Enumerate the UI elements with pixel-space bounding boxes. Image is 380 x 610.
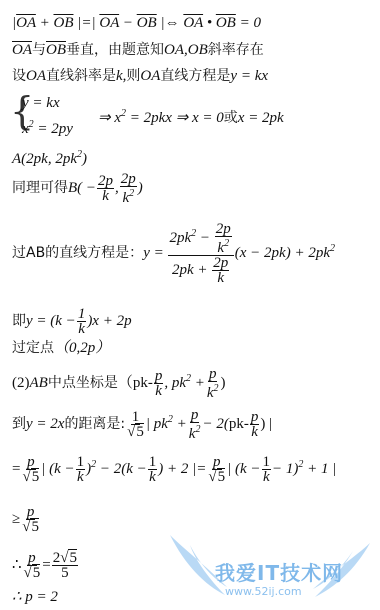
slope-assumption-line: 设OA直线斜率是k,则OA直线方程是y = kx <box>12 67 268 85</box>
therefore-line: ∴p√5=2√55 <box>12 551 79 580</box>
inequality-line: ≥p√5 <box>12 505 41 534</box>
point-b-line: 同理可得B( −2pk,2pk2) <box>12 172 143 205</box>
vector-condition-line: |OA + OB |=| OA − OB |⇔ OA • OB = 0 <box>12 14 261 32</box>
midpoint-line: (2)AB中点坐标是（pk-pk, pk2 +pk2) <box>12 367 226 400</box>
watermark-url: www.52ij.com <box>225 585 302 598</box>
ab-line-equation: 过AB的直线方程是：y = 2pk2 − 2pk2 2pk + 2pk (x −… <box>12 222 335 285</box>
system-eq-2: x2 = 2py <box>22 116 73 138</box>
expansion-line: =p√5| (k −1k)2 − 2(k −1k) + 2 |=p√5| (k … <box>12 455 336 484</box>
system-result: ⇒ x2 = 2pkx ⇒ x = 0或x = 2pk <box>98 105 284 127</box>
perpendicular-line: OA与OB垂直，由题意知OA,OB斜率存在 <box>12 41 264 59</box>
watermark-text: 我爱IT技术网 <box>215 557 343 586</box>
distance-line: 到y = 2x的距离是:1√5| pk2 +pk2− 2(pk-pk) | <box>12 408 272 441</box>
simplified-line: 即y = (k −1k)x + 2p <box>12 307 132 336</box>
final-answer: ∴ p = 2 <box>12 588 58 606</box>
point-a: A(2pk, 2pk2) <box>12 146 87 168</box>
fixed-point-line: 过定点（0,2p） <box>12 339 110 357</box>
watermark: 我爱IT技术网 www.52ij.com <box>165 525 375 610</box>
system-eq-1: y = kx <box>22 94 60 112</box>
